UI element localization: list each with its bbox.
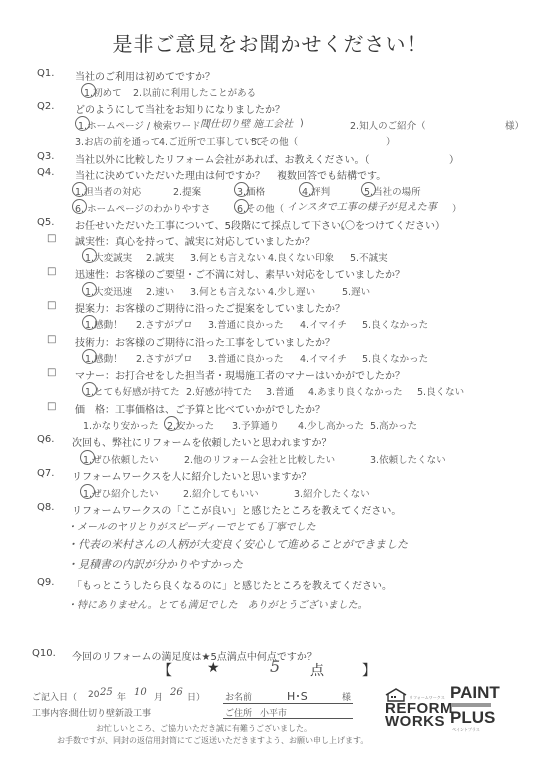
day-unit: 日） (187, 690, 205, 703)
selection-circle (72, 182, 87, 197)
q5-item-3-option-1[interactable]: 1.感動！ (85, 317, 123, 331)
q2-option-5[interactable]: 5.その他（ (251, 134, 298, 148)
q5-item-6-label: 価 格：工事価格は、ご予算と比べていかがでしたか？ (75, 401, 325, 416)
q3-close: ） (449, 151, 459, 166)
q2-question: どのようにして当社をお知りになりましたか？ (75, 101, 285, 116)
q3-question: 当社以外に比較したリフォーム会社があれば、お教えください。（ (75, 151, 370, 166)
q5-item-1-option-1[interactable]: 1.大変誠実 (85, 250, 132, 264)
q9-question: 「もっとこうしたら良くなるのに」と感じたところを教えてください。 (72, 577, 392, 592)
selection-circle (299, 182, 314, 197)
q6-question: 次回も、弊社にリフォームを依頼したいと思われますか？ (72, 434, 332, 449)
q3-number: Q3. (37, 151, 54, 162)
q1-option-1[interactable]: 1.初めて (84, 85, 122, 99)
q5-item-5-option-5[interactable]: 5.良くない (417, 384, 464, 398)
q5-item-1-option-4[interactable]: 4.良くない印象 (268, 250, 334, 264)
star-icon: ★ (207, 660, 220, 676)
q4-option-2[interactable]: 2.提案 (173, 184, 201, 198)
q9-answer: ・特にありません。とても満足でした ありがとうございました。 (67, 596, 368, 611)
q5-item-1-option-2[interactable]: 2.誠実 (146, 250, 174, 264)
q2-option-2[interactable]: 2.知人のご紹介（ (350, 118, 426, 132)
q7-question: リフォームワークスを人に紹介したいと思いますか？ (72, 468, 311, 483)
q5-item-5-option-2[interactable]: 2.好感が持てた (186, 384, 252, 398)
q4-option-1[interactable]: 1.担当者の対応 (75, 184, 141, 198)
q5-item-6-option-2[interactable]: 2.安かった (167, 418, 214, 432)
q8-answer-2: ・代表の米村さんの人柄が大変良く安心して進めることができました (67, 536, 408, 552)
q10-open-bracket: 【 (158, 660, 172, 680)
q5-item-1-option-3[interactable]: 3.何とも言えない (190, 250, 266, 264)
selection-circle (82, 315, 97, 330)
selection-circle (234, 182, 249, 197)
plus-text: PLUS (450, 709, 495, 726)
q4-option-6[interactable]: 6. ホームページのわかりやすさ (75, 201, 210, 215)
q2-option-3[interactable]: 3.お店の前を通って (75, 134, 160, 148)
q5-item-3-option-2[interactable]: 2.さすがプロ (136, 317, 193, 331)
q5-item-6-option-4[interactable]: 4.少し高かった (298, 418, 364, 432)
paint-stripe (451, 703, 491, 707)
q10-unit: 点 (310, 660, 324, 680)
day-value[interactable]: 26 (170, 687, 183, 698)
q4-handwritten-other: インスタで工事の様子が見えた事 (287, 198, 437, 213)
name-underline (223, 703, 353, 704)
q5-item-5-label: マナー：お打合せをした担当者・現場施工者のマナーはいかがでしたか？ (75, 367, 405, 382)
q7-option-3[interactable]: 3.紹介したくない (294, 486, 370, 500)
q4-option-3[interactable]: 3.価格 (237, 184, 265, 198)
q4-option-4[interactable]: 4.評判 (302, 184, 330, 198)
q2-option-4[interactable]: 4.ご近所で工事していて (159, 134, 263, 148)
q2-option-1[interactable]: 1.ホームページ / 検索ワード（ (78, 118, 210, 132)
q5-item-6-option-5[interactable]: 5.高かった (370, 418, 417, 432)
month-value[interactable]: 10 (134, 687, 147, 698)
q2-option-5-close: ） (386, 134, 396, 148)
selection-circle (80, 450, 95, 465)
q2-number: Q2. (37, 101, 54, 112)
q5-item-4-option-2[interactable]: 2.さすがプロ (136, 351, 193, 365)
q4-note: 複数回答でも結構です。 (277, 167, 386, 182)
q5-item-2-option-3[interactable]: 3.何とも言えない (190, 284, 266, 298)
q5-item-5-option-4[interactable]: 4.あまり良くなかった (308, 384, 403, 398)
selection-circle (82, 382, 97, 397)
selection-circle (72, 199, 87, 214)
year-unit: 年 (117, 690, 126, 703)
q5-item-1-checkbox[interactable]: □ (47, 233, 56, 244)
q10-number: Q10. (32, 648, 56, 659)
q5-item-3-label: 提案力：お客様のご期待に沿ったご提案をしていましたか？ (75, 300, 345, 315)
q1-option-2[interactable]: 2.以前に利用したことがある (133, 85, 256, 99)
q6-option-1[interactable]: 1.ぜひ依頼したい (83, 452, 159, 466)
q4-question: 当社に決めていただいた理由は何ですか？ (75, 167, 265, 182)
q8-question: リフォームワークスの「ここが良い」と感じたところを教えてください。 (72, 502, 401, 517)
selection-circle (234, 199, 249, 214)
q9-number: Q9. (37, 577, 54, 588)
q4-option-5[interactable]: 5.当社の場所 (364, 184, 421, 198)
month-unit: 月 (154, 690, 163, 703)
paint-text: PAINT (450, 684, 500, 701)
q7-number: Q7. (37, 468, 54, 479)
q5-item-4-option-4[interactable]: 4.イマイチ (300, 351, 347, 365)
q6-option-2[interactable]: 2.他のリフォーム会社と比較したい (184, 452, 335, 466)
selection-circle (82, 248, 97, 263)
q2-option-2-suffix: 様） (505, 118, 524, 132)
date-label: ご記入日 (32, 690, 68, 703)
q4-option-other[interactable]: 6.その他（ (237, 201, 284, 215)
q1-question: 当社のご利用は初めてですか？ (75, 68, 215, 83)
paint-kana: ペイントプラス (452, 727, 480, 733)
q5-item-2-option-4[interactable]: 4.少し遅い (268, 284, 315, 298)
q10-close-bracket: 】 (362, 660, 376, 680)
q5-item-2-option-5[interactable]: 5.遅い (342, 284, 370, 298)
address-underline (223, 718, 353, 719)
q5-item-6-option-3[interactable]: 3.予算通り (232, 418, 279, 432)
selection-circle (164, 416, 179, 431)
date-open: （ (68, 690, 77, 703)
name-suffix: 様 (342, 690, 351, 703)
q8-number: Q8. (37, 502, 54, 513)
q5-item-5-option-1[interactable]: 1.とても好感が持てた (85, 384, 180, 398)
q5-item-2-option-1[interactable]: 1.大変迅速 (85, 284, 132, 298)
q2-handwritten-search: 間仕切り壁 施工会社 (200, 115, 293, 130)
q5-item-2-checkbox[interactable]: □ (47, 266, 56, 277)
q2-paren: ) (300, 118, 304, 129)
q6-number: Q6. (37, 434, 54, 445)
name-label: お名前 (225, 690, 252, 703)
q5-item-5-checkbox[interactable]: □ (47, 367, 56, 378)
q5-question: お任せいただいた工事について、5段階にて採点して下さい。 (75, 217, 351, 232)
q5-item-3-option-5[interactable]: 5.良くなかった (362, 317, 428, 331)
q5-item-3-option-4[interactable]: 4.イマイチ (300, 317, 347, 331)
selection-circle (82, 282, 97, 297)
selection-circle (82, 349, 97, 364)
q5-number: Q5. (37, 217, 54, 228)
year-prefix: 20 (88, 690, 99, 700)
works-text: WORKS (385, 715, 445, 729)
year-value[interactable]: 25 (100, 687, 113, 698)
q5-item-6-option-1[interactable]: 1.かなり安かった (83, 418, 159, 432)
q5-item-3-checkbox[interactable]: □ (47, 300, 56, 311)
q5-item-4-option-1[interactable]: 1.感動！ (85, 351, 123, 365)
selection-circle (361, 182, 376, 197)
q7-option-2[interactable]: 2.紹介してもいい (183, 486, 259, 500)
q5-item-6-checkbox[interactable]: □ (47, 401, 56, 412)
q5-item-3-option-3[interactable]: 3.普通に良かった (208, 317, 284, 331)
q10-score[interactable]: 5 (270, 657, 280, 676)
selection-circle (80, 484, 95, 499)
q7-option-1[interactable]: 1.ぜひ紹介したい (83, 486, 159, 500)
q8-answer-3: ・見積書の内訳が分かりやすかった (67, 556, 243, 572)
selection-circle (81, 83, 96, 98)
q8-answer-1: ・メールのヤリとりがスピーディーでとても丁寧でした (67, 518, 316, 533)
q4-close: ） (452, 201, 462, 215)
name-value[interactable]: H･S (287, 688, 308, 704)
q6-option-3[interactable]: 3.依頼したくない (370, 452, 446, 466)
thanks-line-2: お手数ですが、同封の返信用封筒にてご返送いただきますよう、お願い申し上げます。 (57, 735, 368, 746)
q4-number: Q4. (37, 167, 54, 178)
selection-circle (75, 116, 90, 131)
q5-item-5-option-3[interactable]: 3.普通 (266, 384, 294, 398)
work-value: 間仕切り壁新設工事 (70, 706, 151, 719)
work-label: 工事内容: (32, 706, 71, 719)
q5-item-1-label: 誠実性：真心を持って、誠実に対応していましたか？ (75, 233, 315, 248)
thanks-line-1: お忙しいところ、ご協力いただき誠に有難うございました。 (96, 723, 312, 734)
q1-number: Q1. (37, 68, 54, 79)
q5-item-2-option-2[interactable]: 2.速い (146, 284, 174, 298)
q5-item-4-option-3[interactable]: 3.普通に良かった (208, 351, 284, 365)
q5-note: （〇をつけてください） (335, 217, 445, 232)
q5-item-4-option-5[interactable]: 5.良くなかった (362, 351, 428, 365)
page-title: 是非ご意見をお聞かせください！ (0, 28, 540, 57)
q5-item-1-option-5[interactable]: 5.不誠実 (350, 250, 388, 264)
q5-item-4-checkbox[interactable]: □ (47, 334, 56, 345)
q5-item-2-label: 迅速性：お客様のご要望・ご不満に対し、素早い対応をしていましたか？ (75, 266, 405, 281)
q5-item-4-label: 技術力：お客様のご期待に沿った工事をしていましたか？ (75, 334, 335, 349)
